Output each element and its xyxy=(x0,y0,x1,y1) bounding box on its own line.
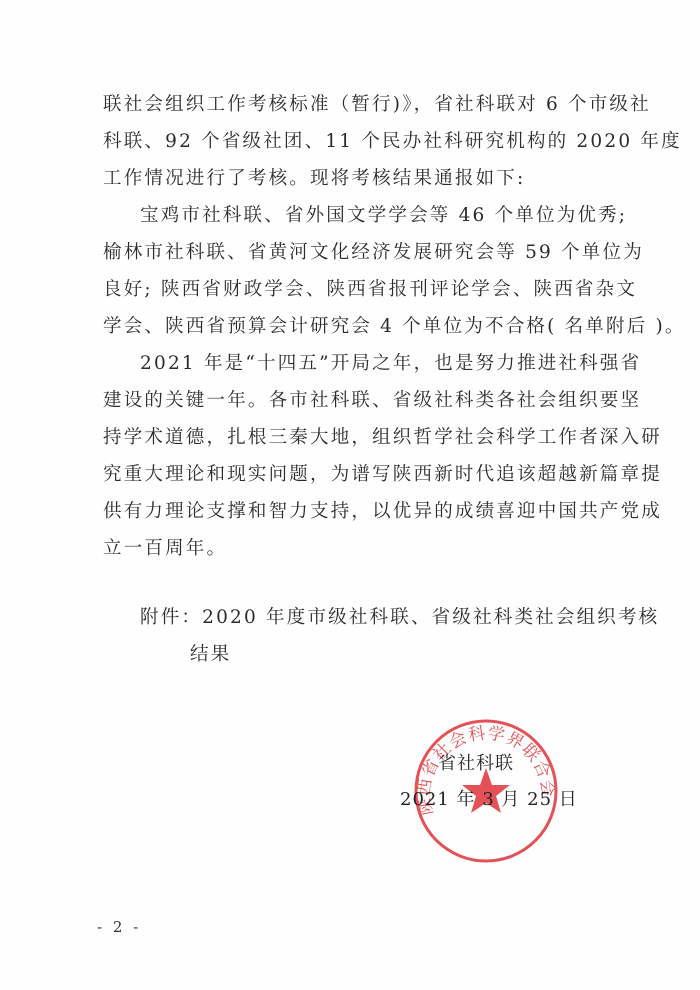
paragraph-1-line-2: 科联、92 个省级社团、11 个民办社科研究机构的 2020 年度 xyxy=(103,130,643,154)
paragraph-1-line-3: 工作情况进行了考核。现将考核结果通报如下: xyxy=(103,167,643,191)
paragraph-3-line-1: 2021 年是“十四五”开局之年，也是努力推进社科强省 xyxy=(140,352,680,376)
attachment-line-1: 附件：2020 年度市级社科联、省级社科类社会组织考核 xyxy=(140,606,680,630)
paragraph-3-line-3: 持学术道德，扎根三秦大地，组织哲学社会科学工作者深入研 xyxy=(103,426,643,450)
paragraph-2-line-3: 良好; 陕西省财政学会、陕西省报刊评论学会、陕西省杂文 xyxy=(103,278,643,302)
paragraph-3-line-5: 供有力理论支撑和智力支持，以优异的成绩喜迎中国共产党成 xyxy=(103,500,643,524)
page-number: - 2 - xyxy=(97,918,141,936)
document-page: 联社会组织工作考核标准（暂行)》，省社科联对 6 个市级社 科联、92 个省级社… xyxy=(0,0,700,990)
signature-organization: 省社科联 xyxy=(438,749,514,775)
paragraph-2-line-2: 榆林市社科联、省黄河文化经济发展研究会等 59 个单位为 xyxy=(103,241,643,265)
paragraph-2-line-4: 学会、陕西省预算会计研究会 4 个单位为不合格( 名单附后 )。 xyxy=(103,315,643,339)
attachment-line-2: 结果 xyxy=(190,643,700,667)
paragraph-1-line-1: 联社会组织工作考核标准（暂行)》，省社科联对 6 个市级社 xyxy=(103,93,643,117)
paragraph-3-line-6: 立一百周年。 xyxy=(103,537,643,561)
paragraph-3-line-4: 究重大理论和现实问题，为谱写陕西新时代追该超越新篇章提 xyxy=(103,463,643,487)
paragraph-2-line-1: 宝鸡市社科联、省外国文学学会等 46 个单位为优秀; xyxy=(140,204,680,228)
paragraph-3-line-2: 建设的关键一年。各市社科联、省级社科类各社会组织要坚 xyxy=(103,389,643,413)
signature-date: 2021 年 3 月 25 日 xyxy=(400,785,578,811)
